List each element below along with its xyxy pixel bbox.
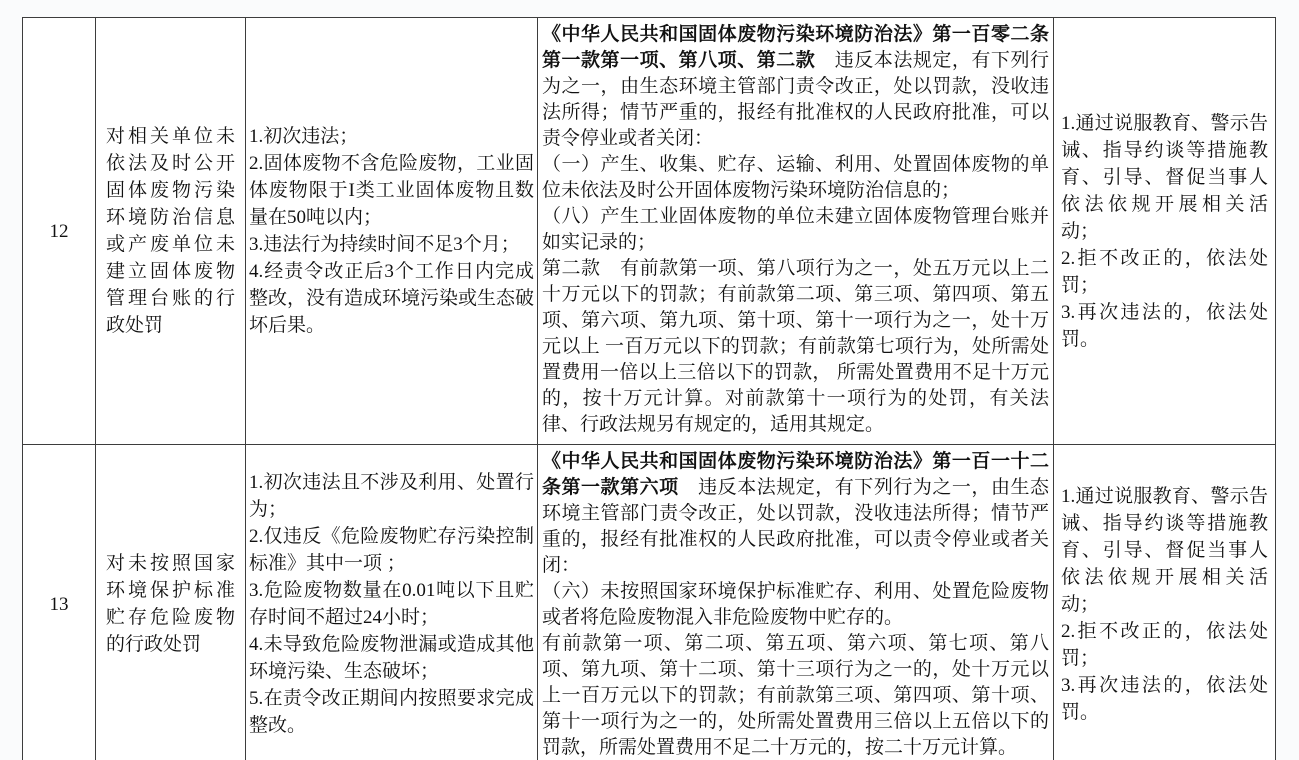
measures-cell: 1.通过说服教育、警示告诫、指导约谈等措施教育、引导、督促当事人依法依规开展相关… (1054, 18, 1276, 445)
condition-item: 2.仅违反《危险废物贮存污染控制标准》其中一项 ； (249, 523, 534, 577)
condition-item: 4.经责令改正后3个工作日内完成整改，没有造成环境污染或生态破坏后果。 (249, 258, 534, 339)
legal-paragraph: 有前款第一项、第二项、第五项、第六项、第七项、第八项、第九项、第十二项、第十三项… (542, 631, 1049, 760)
legal-basis-lead: 《中华人民共和国固体废物污染环境防治法》第一百一十二条第一款第六项 违反本法规定… (542, 449, 1049, 579)
discretion-conditions-cell: 1.初次违法； 2.固体废物不含危险废物，工业固体废物限于I类工业固体废物且数量… (246, 18, 538, 445)
legal-paragraph: （六）未按照国家环境保护标准贮存、利用、处置危险废物或者将危险废物混入非危险废物… (542, 579, 1049, 631)
legal-basis-lead: 《中华人民共和国固体废物污染环境防治法》第一百零二条第一款第一项、第八项、第二款… (542, 22, 1049, 152)
legal-paragraph: 第二款 有前款第一项、第八项行为之一，处五万元以上二十万元以下的罚款；有前款第二… (542, 256, 1049, 438)
condition-item: 3.危险废物数量在0.01吨以下且贮存时间不超过24小时； (249, 577, 534, 631)
condition-item: 2.固体废物不含危险废物，工业固体废物限于I类工业固体废物且数量在50吨以内； (249, 150, 534, 231)
measure-item: 3.再次违法的，依法处罚。 (1061, 299, 1268, 353)
condition-item: 1.初次违法； (249, 123, 534, 150)
legal-basis-cell: 《中华人民共和国固体废物污染环境防治法》第一百一十二条第一款第六项 违反本法规定… (538, 445, 1054, 760)
condition-item: 3.违法行为持续时间不足3个月； (249, 231, 534, 258)
measure-item: 2.拒不改正的，依法处罚； (1061, 618, 1268, 672)
measure-item: 1.通过说服教育、警示告诫、指导约谈等措施教育、引导、督促当事人依法依规开展相关… (1061, 110, 1268, 245)
measure-item: 1.通过说服教育、警示告诫、指导约谈等措施教育、引导、督促当事人依法依规开展相关… (1061, 483, 1268, 618)
row-number-cell: 13 (23, 445, 96, 760)
measure-item: 2.拒不改正的，依法处罚； (1061, 245, 1268, 299)
violation-type-cell: 对未按照国家环境保护标准贮存危险废物的行政处罚 (96, 445, 246, 760)
row-number-cell: 12 (23, 18, 96, 445)
violation-type-cell: 对相关单位未依法及时公开固体废物污染环境防治信息或产废单位未建立固体废物管理台账… (96, 18, 246, 445)
penalty-discretion-table: 12 对相关单位未依法及时公开固体废物污染环境防治信息或产废单位未建立固体废物管… (22, 17, 1276, 760)
condition-item: 5.在责令改正期间内按照要求完成整改。 (249, 685, 534, 739)
legal-paragraph: （一）产生、收集、贮存、运输、利用、处置固体废物的单位未依法及时公开固体废物污染… (542, 152, 1049, 204)
discretion-conditions-cell: 1.初次违法且不涉及利用、处置行为； 2.仅违反《危险废物贮存污染控制标准》其中… (246, 445, 538, 760)
measures-cell: 1.通过说服教育、警示告诫、指导约谈等措施教育、引导、督促当事人依法依规开展相关… (1054, 445, 1276, 760)
document-page: 12 对相关单位未依法及时公开固体废物污染环境防治信息或产废单位未建立固体废物管… (0, 0, 1299, 760)
table-row: 13 对未按照国家环境保护标准贮存危险废物的行政处罚 1.初次违法且不涉及利用、… (23, 445, 1276, 760)
row-number: 13 (50, 594, 69, 615)
violation-type-text: 对未按照国家环境保护标准贮存危险废物的行政处罚 (106, 550, 235, 658)
legal-paragraph: （八）产生工业固体废物的单位未建立固体废物管理台账并如实记录的； (542, 204, 1049, 256)
condition-item: 1.初次违法且不涉及利用、处置行为； (249, 469, 534, 523)
table-row: 12 对相关单位未依法及时公开固体废物污染环境防治信息或产废单位未建立固体废物管… (23, 18, 1276, 445)
measure-item: 3.再次违法的，依法处罚。 (1061, 672, 1268, 726)
violation-type-text: 对相关单位未依法及时公开固体废物污染环境防治信息或产废单位未建立固体废物管理台账… (106, 123, 235, 339)
legal-basis-cell: 《中华人民共和国固体废物污染环境防治法》第一百零二条第一款第一项、第八项、第二款… (538, 18, 1054, 445)
condition-item: 4.未导致危险废物泄漏或造成其他环境污染、生态破坏； (249, 631, 534, 685)
row-number: 12 (50, 221, 69, 242)
